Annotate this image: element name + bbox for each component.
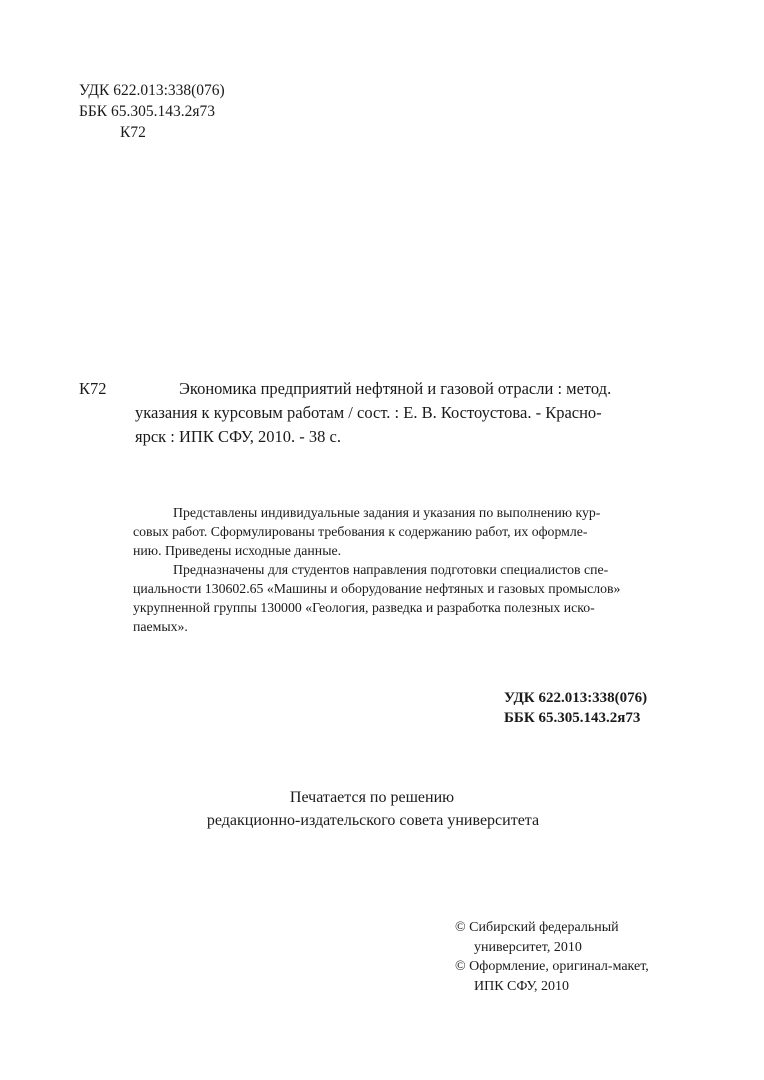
classification-right: УДК 622.013:338(076) ББК 65.305.143.2я73 [504, 688, 647, 728]
author-code: К72 [79, 122, 225, 143]
decision-line-1: Печатается по решению [0, 786, 754, 809]
abstract-line: Предназначены для студентов направления … [133, 560, 698, 579]
record-line-2: указания к курсовым работам / сост. : Е.… [135, 401, 602, 425]
copyright-notice: © Сибирский федеральный университет, 201… [455, 918, 649, 996]
udk-code: УДК 622.013:338(076) [79, 80, 225, 101]
classification-header: УДК 622.013:338(076) ББК 65.305.143.2я73… [79, 80, 225, 143]
bbk-code-right: ББК 65.305.143.2я73 [504, 708, 647, 728]
abstract-line: укрупненной группы 130000 «Геология, раз… [133, 598, 698, 617]
bbk-code: ББК 65.305.143.2я73 [79, 101, 225, 122]
decision-line-2: редакционно-издательского совета универс… [0, 809, 755, 832]
record-line-1: Экономика предприятий нефтяной и газовой… [179, 377, 611, 401]
udk-code-right: УДК 622.013:338(076) [504, 688, 647, 708]
abstract-line: циальности 130602.65 «Машины и оборудова… [133, 579, 698, 598]
abstract-line: нию. Приведены исходные данные. [133, 541, 698, 560]
copyright-line: © Оформление, оригинал-макет, [455, 957, 649, 977]
copyright-line: © Сибирский федеральный [455, 918, 649, 938]
copyright-line: университет, 2010 [455, 938, 649, 958]
abstract-line: совых работ. Сформулированы требования к… [133, 522, 698, 541]
record-author-code: К72 [79, 377, 107, 401]
record-line-3: ярск : ИПК СФУ, 2010. - 38 с. [135, 425, 341, 449]
abstract-line: Представлены индивидуальные задания и ук… [133, 503, 698, 522]
copyright-line: ИПК СФУ, 2010 [455, 977, 649, 997]
abstract-line: паемых». [133, 617, 698, 636]
publication-decision: Печатается по решению редакционно-издате… [0, 786, 764, 832]
abstract: Представлены индивидуальные задания и ук… [133, 503, 698, 636]
